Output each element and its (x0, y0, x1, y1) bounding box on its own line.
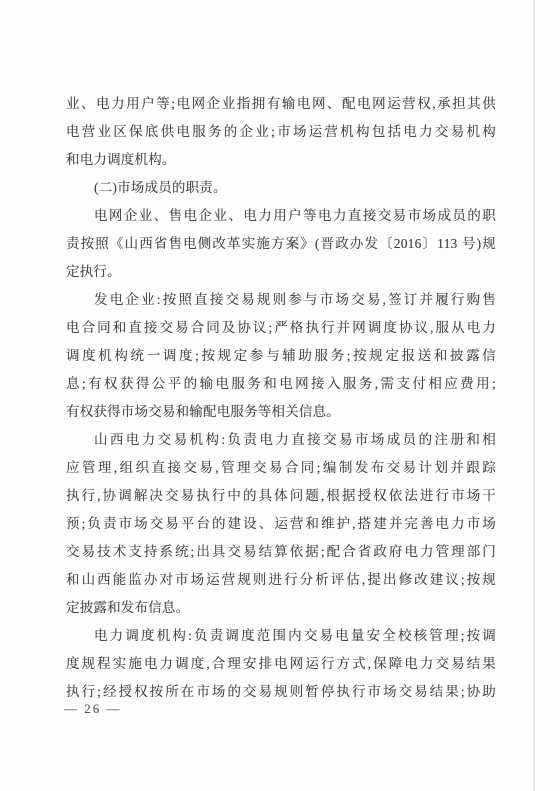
text-line: 定执行。 (66, 258, 496, 286)
text-line section-heading: (二)市场成员的职责。 (66, 174, 496, 202)
text-line: 预;负责市场交易平台的建设、运营和维护,搭建并完善电力市场 (66, 510, 496, 538)
document-text-block: 业、电力用户等;电网企业指拥有输电网、配电网运营权,承担其供 电营业区保底供电服… (66, 90, 496, 706)
text-line: 和山西能监办对市场运营规则进行分析评估,提出修改建议;按规 (66, 566, 496, 594)
text-line: 电网企业、售电企业、电力用户等电力直接交易市场成员的职 (66, 202, 496, 230)
text-line: 息;有权获得公平的输电服务和电网接入服务,需支付相应费用; (66, 370, 496, 398)
page-number: — 26 — (64, 701, 122, 717)
text-line: 电力调度机构:负责调度范围内交易电量安全校核管理;按调 (66, 622, 496, 650)
text-line: 发电企业:按照直接交易规则参与市场交易,签订并履行购售 (66, 286, 496, 314)
text-line: 有权获得市场交易和输配电服务等相关信息。 (66, 398, 496, 426)
text-line: 和电力调度机构。 (66, 146, 496, 174)
text-line: 电营业区保底供电服务的企业;市场运营机构包括电力交易机构 (66, 118, 496, 146)
text-line: 责按照《山西省售电侧改革实施方案》(晋政办发〔2016〕113 号)规 (66, 230, 496, 258)
text-line: 业、电力用户等;电网企业指拥有输电网、配电网运营权,承担其供 (66, 90, 496, 118)
text-line: 山西电力交易机构:负责电力直接交易市场成员的注册和相 (66, 426, 496, 454)
text-line: 度规程实施电力调度,合理安排电网运行方式,保障电力交易结果 (66, 650, 496, 678)
text-line: 定披露和发布信息。 (66, 594, 496, 622)
document-page: 业、电力用户等;电网企业指拥有输电网、配电网运营权,承担其供 电营业区保底供电服… (0, 0, 560, 791)
page-edge-line (533, 0, 535, 791)
text-line: 交易技术支持系统;出具交易结算依据;配合省政府电力管理部门 (66, 538, 496, 566)
text-line: 电合同和直接交易合同及协议;严格执行并网调度协议,服从电力 (66, 314, 496, 342)
text-line: 调度机构统一调度;按规定参与辅助服务;按规定报送和披露信 (66, 342, 496, 370)
text-line: 应管理,组织直接交易,管理交易合同;编制发布交易计划并跟踪 (66, 454, 496, 482)
text-line: 执行,协调解决交易执行中的具体问题,根据授权依法进行市场干 (66, 482, 496, 510)
text-line: 执行;经授权按所在市场的交易规则暂停执行市场交易结果;协助 (66, 678, 496, 706)
